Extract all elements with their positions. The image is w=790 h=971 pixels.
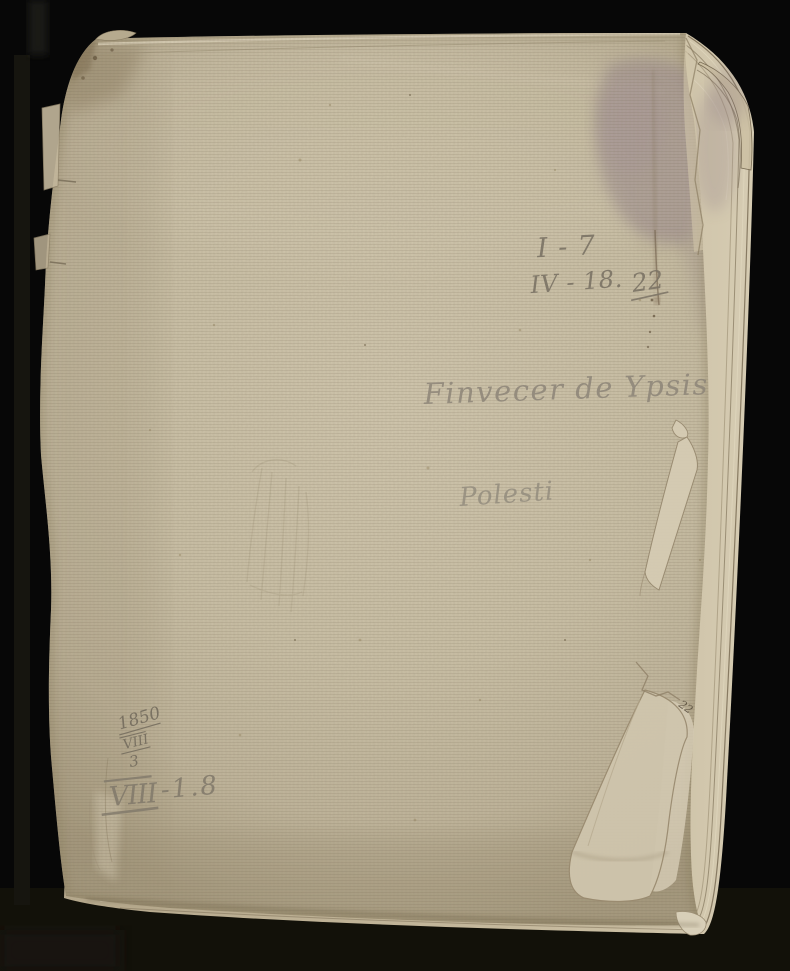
- manuscript-photo: I - 7 IV - 18. 22 Finvecer de Ypsis Pole…: [0, 0, 790, 971]
- catalog-line1-text: I - 7: [535, 230, 597, 264]
- front-cover: [0, 0, 790, 971]
- bottom-mark-number-text: -1.8: [160, 770, 221, 805]
- photo-stage: I - 7 IV - 18. 22 Finvecer de Ypsis Pole…: [0, 0, 790, 971]
- catalog-page-text: 22: [629, 265, 666, 298]
